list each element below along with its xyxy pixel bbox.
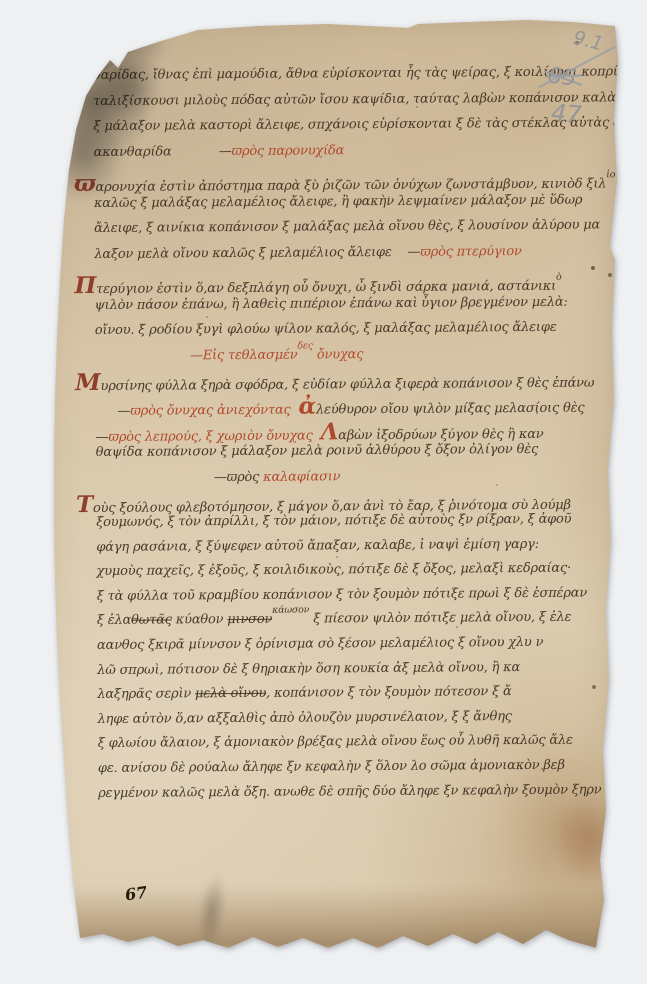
ink-text: λεύθυρον οἴου ψιλὸν μίξας μελασίοις θὲς [316, 401, 585, 418]
ink-text: αανθος ξκιρᾶ μίννσον ξ ὀρίνισμα σὸ ξέσον… [97, 635, 543, 653]
ink-text: χυμοὺς παχεῖς, ξ ἐξοῦς, ξ κοιλιδικοὺς, π… [96, 561, 571, 579]
text-line-24: αανθος ξκιρᾶ μίννσον ξ ὀρίνισμα σὸ ξέσον… [97, 635, 589, 663]
ink-text: , κοπάνισον ξ τὸν ξουμὸν πότεσον ξ ἄ [266, 684, 511, 701]
text-line-16: θαψίδα κοπάνισον ξ μάλαξον μελὰ ροινῦ ἀλ… [96, 442, 588, 471]
ink-text: λῶ σπρωὶ, πότισον δὲ ξ θηριακὴν ὅση κουκ… [97, 660, 520, 678]
rubric-text: ϖρὸς ὄνυχας ἀνιεχόντας [130, 403, 291, 419]
ink-text: —ϖρὸς [214, 469, 263, 484]
ink-text: θαψίδα κοπάνισον ξ μάλαξον μελὰ ροινῦ ἀλ… [96, 442, 538, 460]
text-line-11: οἴνου. ξ ροδίου ξυγὶ φλούω ψίλον καλός, … [95, 320, 587, 349]
rubric-text: Λ [320, 418, 338, 445]
folio-number-pencil-top: 9.1 [571, 27, 606, 56]
rubric-text: καλαφίασιν [263, 469, 340, 485]
ink-text: ψιλὸν πάσον ἐπάνω, ἢ λαθεὶς πιπέριον ἐπά… [95, 294, 568, 312]
ink-text: ἄλειφε, ξ αινίκια κοπάνισον ξ μαλάξας με… [94, 217, 600, 236]
text-line-17: —ϖρὸς καλαφίασιν [214, 467, 588, 490]
ink-text: ἰο [606, 169, 615, 180]
text-line-14: —ϖρὸς ὄνυχας ἀνιεχόντας ἀλεύθυρον οἴου ψ… [117, 391, 587, 420]
text-line-23: ξ ἐλαθωτᾶς κύαθον μινσονκάωσον ξ πίεσον … [97, 610, 589, 638]
text-line-12: —Εἰς τεθλασμένδες ὄνυχας [190, 345, 587, 368]
ink-text: ξ ἐλα [97, 613, 131, 628]
paper-shadow-wrap: θαρίδας, ἴθνας ἐπὶ μαμούδια, ἄθνα εὑρίσκ… [0, 0, 647, 984]
rubric-text: ϖρὸς παρονυχίδα [231, 143, 344, 159]
ink-text: κύαθον [172, 613, 228, 628]
manuscript-photo: θαρίδας, ἴθνας ἐπὶ μαμούδια, ἄθνα εὑρίσκ… [0, 0, 647, 984]
rubric-text: Μ [75, 368, 100, 395]
ink-text: αβὼν ἰξοδρύων ξύγον θὲς ἢ καν [338, 426, 543, 442]
folio-number-current: 47 [550, 99, 582, 129]
text-line-4: ακανθαρίδα —ϖρὸς παρονυχίδα [94, 141, 586, 170]
text-line-13: Μυρσίνης φύλλα ξηρὰ σφόδρα, ξ εὐδίαν φύλ… [75, 365, 587, 394]
ink-text: λαξηρᾶς σερὶν [97, 687, 195, 703]
text-line-7: ἄλειφε, ξ αινίκια κοπάνισον ξ μαλάξας με… [94, 218, 586, 247]
ink-text: ξ φλωίου ἄλαιον, ξ ἀμονιακὸν βρέξας μελὰ… [98, 733, 573, 751]
manuscript-text: θαρίδας, ἴθνας ἐπὶ μαμούδια, ἄθνα εὑρίσκ… [93, 65, 590, 811]
text-line-3: ξ μάλαξον μελὰ καστορὶ ἄλειφε, σπχάνοις … [93, 116, 585, 145]
text-line-28: ξ φλωίου ἄλαιον, ξ ἀμονιακὸν βρέξας μελὰ… [98, 733, 590, 761]
rubric-text: ϖ [74, 170, 96, 197]
ink-text [313, 428, 321, 443]
ink-text: ακανθαρίδα — [94, 144, 232, 160]
text-line-5: ϖαρονυχία ἐστὶν ἀπόστημα παρὰ ξὺ ῥιζῶν τ… [74, 167, 586, 196]
text-line-8: λαξον μελὰ οἴνου καλῶς ξ μελαμέλιος ἄλει… [94, 243, 586, 272]
rubric-text: —Εἰς τεθλασμέν [190, 347, 298, 363]
rubric-text: Π [74, 272, 96, 299]
text-line-1: θαρίδας, ἴθνας ἐπὶ μαμούδια, ἄθνα εὑρίσκ… [93, 65, 585, 94]
ink-text: κάωσον [272, 605, 309, 616]
rubric-text: ϖρὸς πτερύγιον [420, 244, 522, 260]
manuscript-page: θαρίδας, ἴθνας ἐπὶ μαμούδια, ἄθνα εὑρίσκ… [36, 14, 622, 954]
ink-text: ξ μάλαξον μελὰ καστορὶ ἄλειφε, σπχάνοις … [93, 115, 621, 134]
ink-text: — [117, 404, 130, 419]
text-line-26: λαξηρᾶς σερὶν μελὰ οἴνου, κοπάνισον ξ τὸ… [97, 684, 589, 712]
ink-text: φάγη ρασάνια, ξ ξύψεφεν αὐτοῦ ἄπαξαν, κα… [96, 537, 539, 555]
ink-text: οἴνου. ξ ροδίου ξυγὶ φλούω ψίλον καλός, … [95, 320, 557, 338]
ink-text: ρεγμένον καλῶς μελὰ ὄξη. ανωθε δὲ σπῆς δ… [98, 782, 601, 801]
rubric-text: ἀ [298, 392, 316, 419]
rubric-text: ὄνυχας [313, 347, 363, 362]
ink-text: μινσον [227, 612, 272, 627]
text-line-6: καλῶς ξ μαλάξας μελαμέλιος ἄλειφε, ἢ φακ… [94, 192, 586, 221]
text-line-9: Πτερύγιον ἐστὶν ὅ,αν δεξπλάγη οὗ ὄνυχι, … [74, 269, 586, 298]
gray-streak-bottom [194, 871, 231, 952]
ink-specks [36, 14, 38, 16]
ink-text: ληφε αὐτὸν ὅ,αν αξξαλθὶς ἀπὸ ὀλουζὸν μυρ… [97, 709, 511, 727]
text-line-29: φε. ανίσου δὲ ρούαλω ἄληφε ξν κεφαλὴν ξ … [98, 758, 590, 786]
ink-text: λαξον μελὰ οἴνου καλῶς ξ μελαμέλιος ἄλει… [94, 244, 420, 261]
text-line-18: Τοὺς ξούλους φλεβοτόμησον, ξ μάγον ὅ,αν … [76, 487, 588, 515]
ink-text: ξ πίεσον ψιλὸν πότιξε μελὰ οἴνου, ξ ἐλε [309, 610, 571, 627]
bottom-ink-mark: 67 [124, 883, 149, 905]
ink-text: μελὰ οἴνου [195, 686, 266, 701]
ink-text: θωτᾶς [131, 613, 172, 628]
ink-text: καλῶς ξ μαλάξας μελαμέλιος ἄλειφε, ἢ φακ… [94, 192, 582, 210]
ink-text: ξ τὰ φύλλα τοῦ κραμβίου κοπάνισον ξ τὸν … [97, 585, 587, 603]
text-line-30: ρεγμένον καλῶς μελὰ ὄξη. ανωθε δὲ σπῆς δ… [98, 782, 590, 810]
stain-bottom-right-dark [556, 794, 626, 884]
text-line-22: ξ τὰ φύλλα τοῦ κραμβίου κοπάνισον ξ τὸν … [97, 585, 589, 613]
text-line-2: ταλιξίσκουσι μιλοὺς πόδας αὐτῶν ἴσου καψ… [93, 90, 585, 119]
text-line-10: ψιλὸν πάσον ἐπάνω, ἢ λαθεὶς πιπέριον ἐπά… [95, 294, 587, 323]
ink-text: ὸ [556, 272, 562, 283]
ink-text: ταλιξίσκουσι μιλοὺς πόδας αὐτῶν ἴσου καψ… [93, 90, 616, 109]
rubric-text: ϖρὸς λεπρούς, ξ χωριὸν ὄνυχας [108, 428, 312, 444]
rubric-text: Τ [76, 491, 93, 518]
text-line-19: ξουμωνός, ξ τὸν ἀπρίλλι, ξ τὸν μάιον, πό… [96, 512, 588, 540]
text-line-21: χυμοὺς παχεῖς, ξ ἐξοῦς, ξ κοιλιδικοὺς, π… [96, 561, 588, 589]
text-line-20: φάγη ρασάνια, ξ ξύψεφεν αὐτοῦ ἄπαξαν, κα… [96, 536, 588, 564]
ink-text: ξουμωνός, ξ τὸν ἀπρίλλι, ξ τὸν μάιον, πό… [96, 512, 571, 530]
ink-text: φε. ανίσου δὲ ρούαλω ἄληφε ξν κεφαλὴν ξ … [98, 758, 565, 776]
ink-text [291, 403, 299, 418]
rubric-text: δες [297, 340, 313, 351]
text-line-25: λῶ σπρωὶ, πότισον δὲ ξ θηριακὴν ὅση κουκ… [97, 659, 589, 687]
text-line-15: —ϖρὸς λεπρούς, ξ χωριὸν ὄνυχας Λαβὼν ἰξο… [95, 416, 587, 445]
ink-text: — [96, 429, 109, 444]
